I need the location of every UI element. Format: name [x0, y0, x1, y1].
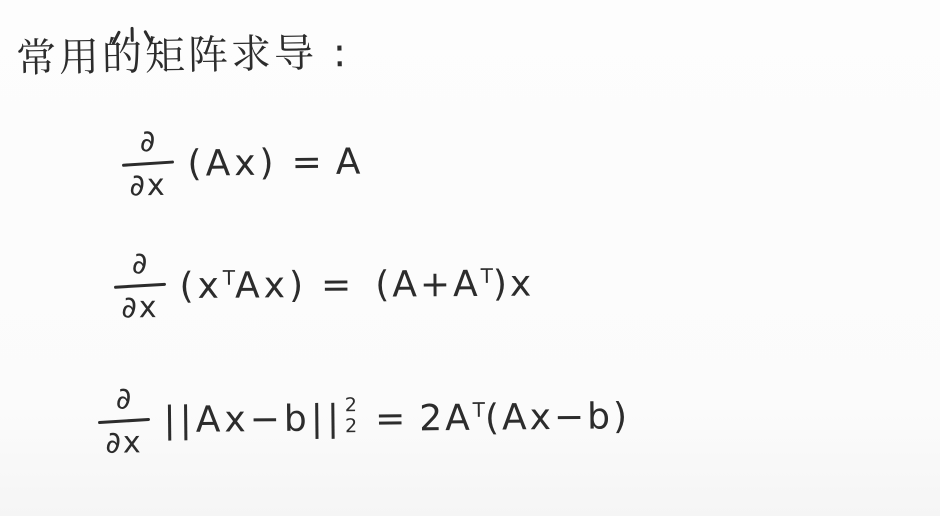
formula-expression: (Ax) — [187, 142, 278, 184]
fraction-numerator: ∂ — [122, 127, 174, 163]
note-title: 常用的矩阵求导 : — [16, 21, 350, 84]
transpose-superscript: T — [473, 397, 485, 421]
norm-superscript: 2 — [345, 395, 361, 416]
formula-result: 2AT(Ax−b) — [419, 396, 630, 439]
formula-expression: (xTAx) — [179, 265, 307, 307]
partial-derivative-fraction: ∂ ∂x — [114, 249, 166, 323]
result-open: (A+A — [375, 263, 481, 305]
fraction-numerator: ∂ — [98, 384, 150, 420]
formula-gradient-of-xTAx: ∂ ∂x (xTAx) = (A+AT)x — [114, 247, 535, 324]
notebook-page: 常用的矩阵求导 : ∂ ∂x (Ax) = A ∂ ∂x (xTAx) = (A… — [0, 0, 940, 516]
result-close: )x — [493, 263, 535, 304]
norm-expression: ||Ax−b||22 — [163, 398, 361, 443]
partial-derivative-fraction: ∂ ∂x — [122, 127, 174, 202]
norm-body: ||Ax−b|| — [163, 398, 343, 441]
fraction-numerator: ∂ — [114, 249, 166, 284]
equals-sign: = — [321, 264, 351, 305]
result-open: 2A — [419, 397, 473, 439]
fraction-denominator: ∂x — [121, 287, 159, 323]
result-close: (Ax−b) — [485, 396, 630, 439]
formula-result: (A+AT)x — [375, 263, 534, 305]
fraction-denominator: ∂x — [105, 422, 143, 458]
transpose-superscript: T — [481, 263, 493, 287]
norm-subscript: 2 — [345, 416, 361, 437]
emphasis-marks-icon — [111, 26, 155, 47]
formula-gradient-of-Ax: ∂ ∂x (Ax) = A — [122, 125, 364, 202]
formula-result: A — [335, 141, 363, 182]
partial-derivative-fraction: ∂ ∂x — [98, 384, 150, 459]
norm-sup-sub: 22 — [345, 395, 362, 437]
equals-sign: = — [291, 142, 322, 183]
transpose-superscript: T — [223, 265, 235, 289]
formula-gradient-of-least-squares: ∂ ∂x ||Ax−b||22 = 2AT(Ax−b) — [98, 379, 631, 459]
note-title-text: 常用的矩阵求导 : — [16, 30, 350, 82]
fraction-denominator: ∂x — [129, 165, 167, 201]
expression-open: (x — [179, 265, 223, 306]
equals-sign: = — [375, 398, 406, 439]
expression-close: Ax) — [235, 265, 307, 307]
